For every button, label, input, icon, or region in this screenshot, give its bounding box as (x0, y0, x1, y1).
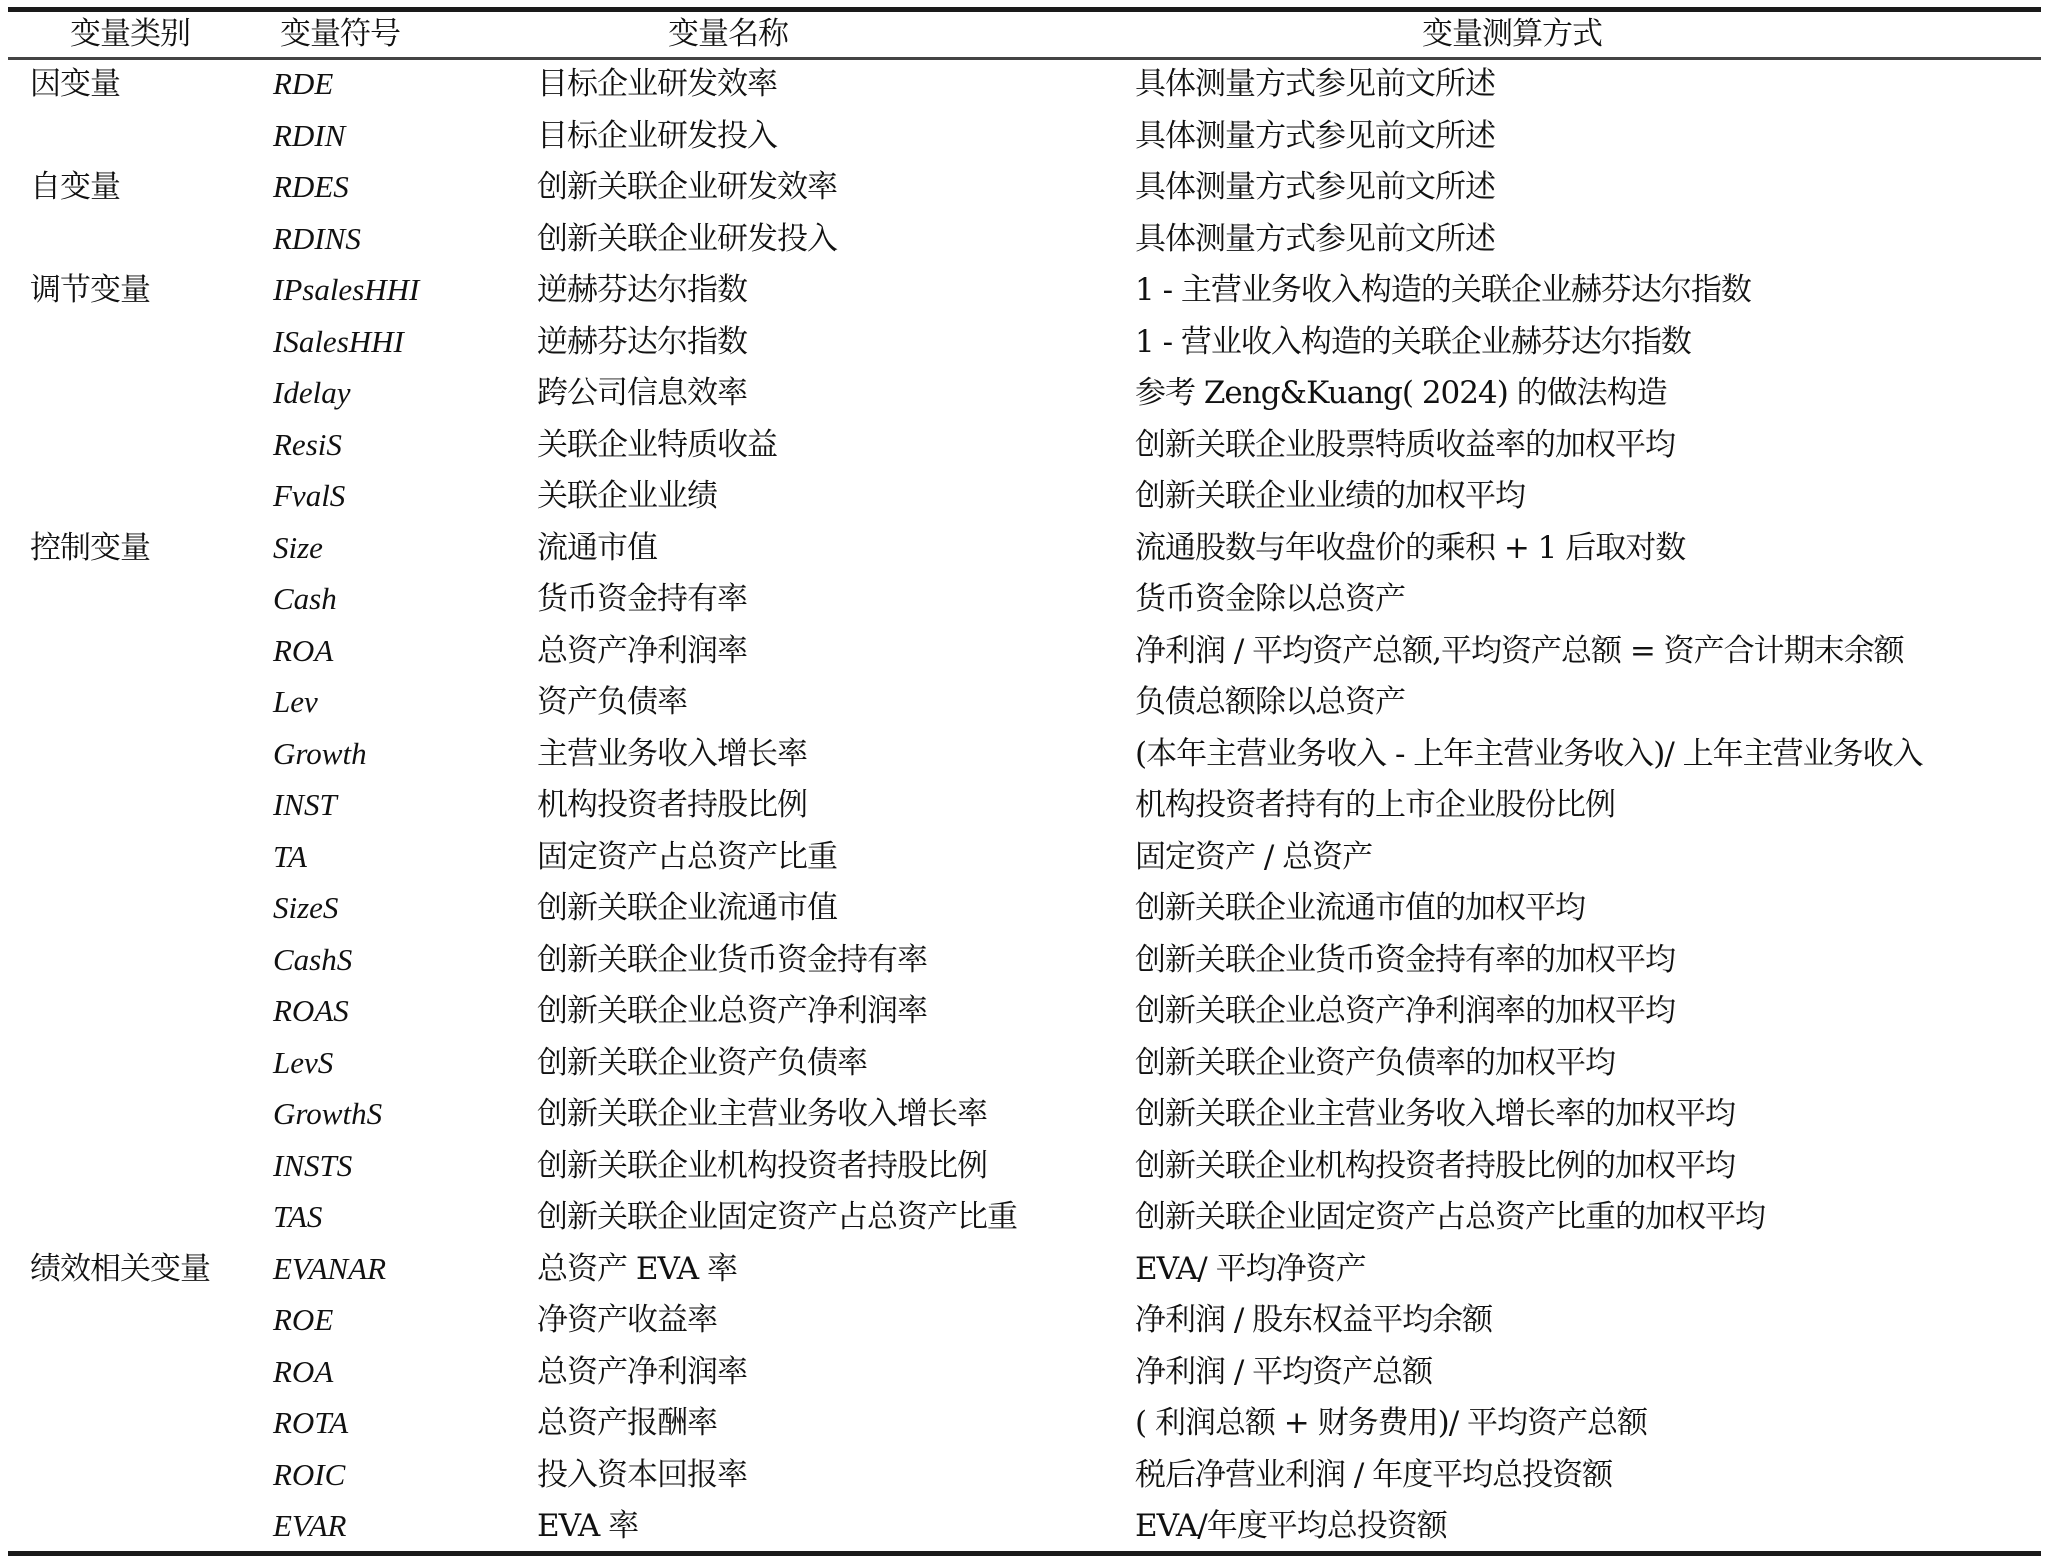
cell-measure: 创新关联企业主营业务收入增长率的加权平均 (1135, 1089, 1735, 1139)
cell-name: 目标企业研发效率 (537, 59, 777, 109)
table-row: ROE 净资产收益率 净利润 / 股东权益平均余额 (0, 1295, 2048, 1345)
cell-symbol: IPsalesHHI (273, 265, 419, 315)
cell-category: 自变量 (30, 162, 120, 212)
cell-name: 关联企业特质收益 (537, 420, 777, 470)
cell-name: 固定资产占总资产比重 (537, 832, 837, 882)
table-row: ISalesHHI 逆赫芬达尔指数 1 - 营业收入构造的关联企业赫芬达尔指数 (0, 317, 2048, 367)
cell-measure: EVA/ 平均净资产 (1135, 1244, 1366, 1294)
table-row: 自变量 RDES 创新关联企业研发效率 具体测量方式参见前文所述 (0, 162, 2048, 212)
cell-name: 跨公司信息效率 (537, 368, 747, 418)
cell-measure: 参考 Zeng&Kuang( 2024) 的做法构造 (1135, 368, 1667, 418)
table-row: INSTS 创新关联企业机构投资者持股比例 创新关联企业机构投资者持股比例的加权… (0, 1141, 2048, 1191)
cell-symbol: Size (273, 523, 323, 573)
cell-name: 创新关联企业机构投资者持股比例 (537, 1141, 987, 1191)
table-row: INST 机构投资者持股比例 机构投资者持有的上市企业股份比例 (0, 780, 2048, 830)
cell-measure: 具体测量方式参见前文所述 (1135, 59, 1495, 109)
cell-measure: 税后净营业利润 / 年度平均总投资额 (1135, 1450, 1612, 1500)
cell-symbol: LevS (273, 1038, 333, 1088)
cell-symbol: ISalesHHI (273, 317, 404, 367)
cell-measure: 净利润 / 平均资产总额,平均资产总额 = 资产合计期末余额 (1135, 626, 1904, 676)
cell-name: 投入资本回报率 (537, 1450, 747, 1500)
cell-symbol: ResiS (273, 420, 342, 470)
cell-symbol: Lev (273, 677, 318, 727)
cell-measure: 固定资产 / 总资产 (1135, 832, 1372, 882)
cell-measure: 1 - 主营业务收入构造的关联企业赫芬达尔指数 (1135, 265, 1751, 315)
cell-name: 主营业务收入增长率 (537, 729, 807, 779)
cell-category: 调节变量 (30, 265, 150, 315)
cell-measure: 净利润 / 股东权益平均余额 (1135, 1295, 1492, 1345)
cell-symbol: ROAS (273, 986, 349, 1036)
cell-symbol: ROTA (273, 1398, 348, 1448)
cell-category: 因变量 (30, 59, 120, 109)
cell-measure: 1 - 营业收入构造的关联企业赫芬达尔指数 (1135, 317, 1691, 367)
cell-symbol: RDES (273, 162, 349, 212)
table-row: CashS 创新关联企业货币资金持有率 创新关联企业货币资金持有率的加权平均 (0, 935, 2048, 985)
cell-symbol: INSTS (273, 1141, 352, 1191)
cell-name: 创新关联企业货币资金持有率 (537, 935, 927, 985)
cell-name: 逆赫芬达尔指数 (537, 317, 747, 367)
cell-symbol: Idelay (273, 368, 350, 418)
table-row: ResiS 关联企业特质收益 创新关联企业股票特质收益率的加权平均 (0, 420, 2048, 470)
cell-name: 流通市值 (537, 523, 657, 573)
cell-name: 总资产 EVA 率 (537, 1244, 737, 1294)
table-row: 因变量 RDE 目标企业研发效率 具体测量方式参见前文所述 (0, 59, 2048, 109)
header-measure: 变量测算方式 (1422, 12, 1602, 56)
cell-symbol: GrowthS (273, 1089, 382, 1139)
cell-name: 总资产净利润率 (537, 626, 747, 676)
table-row: ROTA 总资产报酬率 ( 利润总额 + 财务费用)/ 平均资产总额 (0, 1398, 2048, 1448)
cell-category: 控制变量 (30, 523, 150, 573)
table-row: RDIN 目标企业研发投入 具体测量方式参见前文所述 (0, 111, 2048, 161)
header-symbol: 变量符号 (280, 12, 400, 56)
table-row: ROA 总资产净利润率 净利润 / 平均资产总额,平均资产总额 = 资产合计期末… (0, 626, 2048, 676)
cell-measure: 流通股数与年收盘价的乘积 + 1 后取对数 (1135, 523, 1685, 573)
cell-symbol: CashS (273, 935, 352, 985)
cell-measure: EVA/年度平均总投资额 (1135, 1501, 1447, 1551)
cell-measure: 创新关联企业总资产净利润率的加权平均 (1135, 986, 1675, 1036)
cell-symbol: RDIN (273, 111, 345, 161)
cell-symbol: Growth (273, 729, 367, 779)
cell-name: 总资产净利润率 (537, 1347, 747, 1397)
cell-symbol: EVANAR (273, 1244, 386, 1294)
cell-name: 机构投资者持股比例 (537, 780, 807, 830)
cell-name: 总资产报酬率 (537, 1398, 717, 1448)
cell-name: 创新关联企业研发效率 (537, 162, 837, 212)
cell-symbol: SizeS (273, 883, 338, 933)
table-row: Cash 货币资金持有率 货币资金除以总资产 (0, 574, 2048, 624)
cell-name: 创新关联企业资产负债率 (537, 1038, 867, 1088)
cell-symbol: FvalS (273, 471, 345, 521)
header-category: 变量类别 (70, 12, 190, 56)
cell-symbol: TAS (273, 1192, 322, 1242)
cell-measure: 具体测量方式参见前文所述 (1135, 214, 1495, 264)
cell-symbol: Cash (273, 574, 337, 624)
cell-measure: 货币资金除以总资产 (1135, 574, 1405, 624)
table-row: TAS 创新关联企业固定资产占总资产比重 创新关联企业固定资产占总资产比重的加权… (0, 1192, 2048, 1242)
cell-measure: 创新关联企业流通市值的加权平均 (1135, 883, 1585, 933)
header-name: 变量名称 (668, 12, 788, 56)
cell-measure: 创新关联企业业绩的加权平均 (1135, 471, 1525, 521)
cell-measure: 具体测量方式参见前文所述 (1135, 111, 1495, 161)
cell-name: 逆赫芬达尔指数 (537, 265, 747, 315)
table-row: ROA 总资产净利润率 净利润 / 平均资产总额 (0, 1347, 2048, 1397)
cell-measure: 具体测量方式参见前文所述 (1135, 162, 1495, 212)
cell-name: 关联企业业绩 (537, 471, 717, 521)
cell-symbol: INST (273, 780, 337, 830)
cell-name: 货币资金持有率 (537, 574, 747, 624)
cell-symbol: ROIC (273, 1450, 345, 1500)
cell-symbol: RDINS (273, 214, 361, 264)
table-row: RDINS 创新关联企业研发投入 具体测量方式参见前文所述 (0, 214, 2048, 264)
cell-name: 创新关联企业研发投入 (537, 214, 837, 264)
cell-symbol: ROA (273, 626, 333, 676)
cell-symbol: EVAR (273, 1501, 346, 1551)
cell-name: 创新关联企业主营业务收入增长率 (537, 1089, 987, 1139)
cell-measure: 创新关联企业货币资金持有率的加权平均 (1135, 935, 1675, 985)
cell-name: EVA 率 (537, 1501, 638, 1551)
cell-measure: 创新关联企业机构投资者持股比例的加权平均 (1135, 1141, 1735, 1191)
cell-symbol: ROE (273, 1295, 333, 1345)
cell-measure: 创新关联企业固定资产占总资产比重的加权平均 (1135, 1192, 1765, 1242)
table-row: Idelay 跨公司信息效率 参考 Zeng&Kuang( 2024) 的做法构… (0, 368, 2048, 418)
cell-name: 资产负债率 (537, 677, 687, 727)
table-row: FvalS 关联企业业绩 创新关联企业业绩的加权平均 (0, 471, 2048, 521)
bottom-rule (8, 1551, 2041, 1556)
table-row: SizeS 创新关联企业流通市值 创新关联企业流通市值的加权平均 (0, 883, 2048, 933)
table-row: ROAS 创新关联企业总资产净利润率 创新关联企业总资产净利润率的加权平均 (0, 986, 2048, 1036)
table-row: GrowthS 创新关联企业主营业务收入增长率 创新关联企业主营业务收入增长率的… (0, 1089, 2048, 1139)
table-row: LevS 创新关联企业资产负债率 创新关联企业资产负债率的加权平均 (0, 1038, 2048, 1088)
cell-measure: (本年主营业务收入 - 上年主营业务收入)/ 上年主营业务收入 (1135, 729, 1923, 779)
cell-name: 创新关联企业固定资产占总资产比重 (537, 1192, 1017, 1242)
cell-measure: 创新关联企业资产负债率的加权平均 (1135, 1038, 1615, 1088)
table-row: EVAR EVA 率 EVA/年度平均总投资额 (0, 1501, 2048, 1551)
table-row: 调节变量 IPsalesHHI 逆赫芬达尔指数 1 - 主营业务收入构造的关联企… (0, 265, 2048, 315)
table-row: ROIC 投入资本回报率 税后净营业利润 / 年度平均总投资额 (0, 1450, 2048, 1500)
table-row: TA 固定资产占总资产比重 固定资产 / 总资产 (0, 832, 2048, 882)
cell-name: 净资产收益率 (537, 1295, 717, 1345)
cell-symbol: TA (273, 832, 307, 882)
cell-measure: 机构投资者持有的上市企业股份比例 (1135, 780, 1615, 830)
cell-measure: 负债总额除以总资产 (1135, 677, 1405, 727)
cell-name: 创新关联企业总资产净利润率 (537, 986, 927, 1036)
cell-symbol: RDE (273, 59, 333, 109)
table-row: Growth 主营业务收入增长率 (本年主营业务收入 - 上年主营业务收入)/ … (0, 729, 2048, 779)
cell-measure: 净利润 / 平均资产总额 (1135, 1347, 1432, 1397)
cell-name: 创新关联企业流通市值 (537, 883, 837, 933)
cell-name: 目标企业研发投入 (537, 111, 777, 161)
cell-symbol: ROA (273, 1347, 333, 1397)
cell-measure: 创新关联企业股票特质收益率的加权平均 (1135, 420, 1675, 470)
cell-category: 绩效相关变量 (30, 1244, 210, 1294)
table-row: Lev 资产负债率 负债总额除以总资产 (0, 677, 2048, 727)
cell-measure: ( 利润总额 + 财务费用)/ 平均资产总额 (1135, 1398, 1647, 1448)
table-row: 控制变量 Size 流通市值 流通股数与年收盘价的乘积 + 1 后取对数 (0, 523, 2048, 573)
table-row: 绩效相关变量 EVANAR 总资产 EVA 率 EVA/ 平均净资产 (0, 1244, 2048, 1294)
